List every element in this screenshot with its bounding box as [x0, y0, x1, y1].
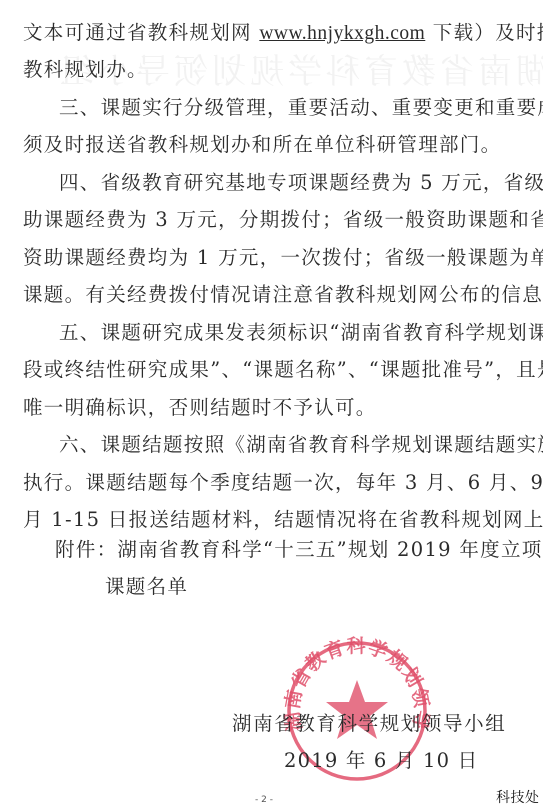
paragraph-line: 文本可通过省教科规划网 www.hnjykxgh.com 下载）及时报送省	[23, 21, 543, 46]
page-number: - 2 -	[255, 795, 273, 805]
issuing-organization: 湖南省教育科学规划领导小组	[232, 708, 506, 736]
paragraph-line: 唯一明确标识，否则结题时不予认可。	[23, 396, 377, 420]
paragraph-line: 三、课题实行分级管理，重要活动、重要变更和重要成果均	[59, 96, 543, 120]
attachment-line: 附件：湖南省教育科学“十三五”规划 2019 年度立项	[55, 538, 543, 562]
paragraph-line: 须及时报送省教科规划办和所在单位科研管理部门。	[23, 133, 501, 157]
paragraph-line: 资助课题经费均为 1 万元，一次拨付；省级一般课题为单位资助	[23, 246, 543, 270]
attachment-label: 附件：	[55, 538, 117, 561]
paragraph-line: 五、课题研究成果发表须标识“湖南省教育科学规划课题阶	[59, 321, 543, 345]
paragraph-line: 教科规划办。	[23, 58, 148, 82]
attachment-title-continued: 课题名单	[105, 575, 188, 599]
paragraph-line: 课题。有关经费拨付情况请注意省教科规划网公布的信息。	[23, 283, 543, 307]
paragraph-line: 助课题经费为 3 万元，分期拨付；省级一般资助课题和省级青年	[23, 208, 543, 232]
paragraph-line: 四、省级教育研究基地专项课题经费为 5 万元，省级重点资	[59, 171, 543, 195]
department-label: 科技处	[496, 787, 540, 807]
attachment-title: 湖南省教育科学“十三五”规划 2019 年度立项	[117, 538, 542, 561]
document-page: 文本可通过省教科规划网 www.hnjykxgh.com 下载）及时报送省 教科…	[0, 0, 543, 810]
paragraph-line: 执行。课题结题每个季度结题一次，每年 3 月、6 月、9 月、12	[23, 471, 543, 495]
line-text: 下载）及时报送省	[425, 21, 543, 44]
website-link[interactable]: www.hnjykxgh.com	[259, 23, 425, 44]
line-text: 文本可通过省教科规划网	[23, 21, 259, 44]
paragraph-line: 月 1-15 日报送结题材料，结题情况将在省教科规划网上公布。	[23, 508, 543, 532]
issue-date: 2019 年 6 月 10 日	[284, 745, 478, 773]
paragraph-line: 段或终结性研究成果”、“课题名称”、“课题批准号”，且是	[23, 358, 543, 382]
paragraph-line: 六、课题结题按照《湖南省教育科学规划课题结题实施细则》	[59, 433, 543, 457]
